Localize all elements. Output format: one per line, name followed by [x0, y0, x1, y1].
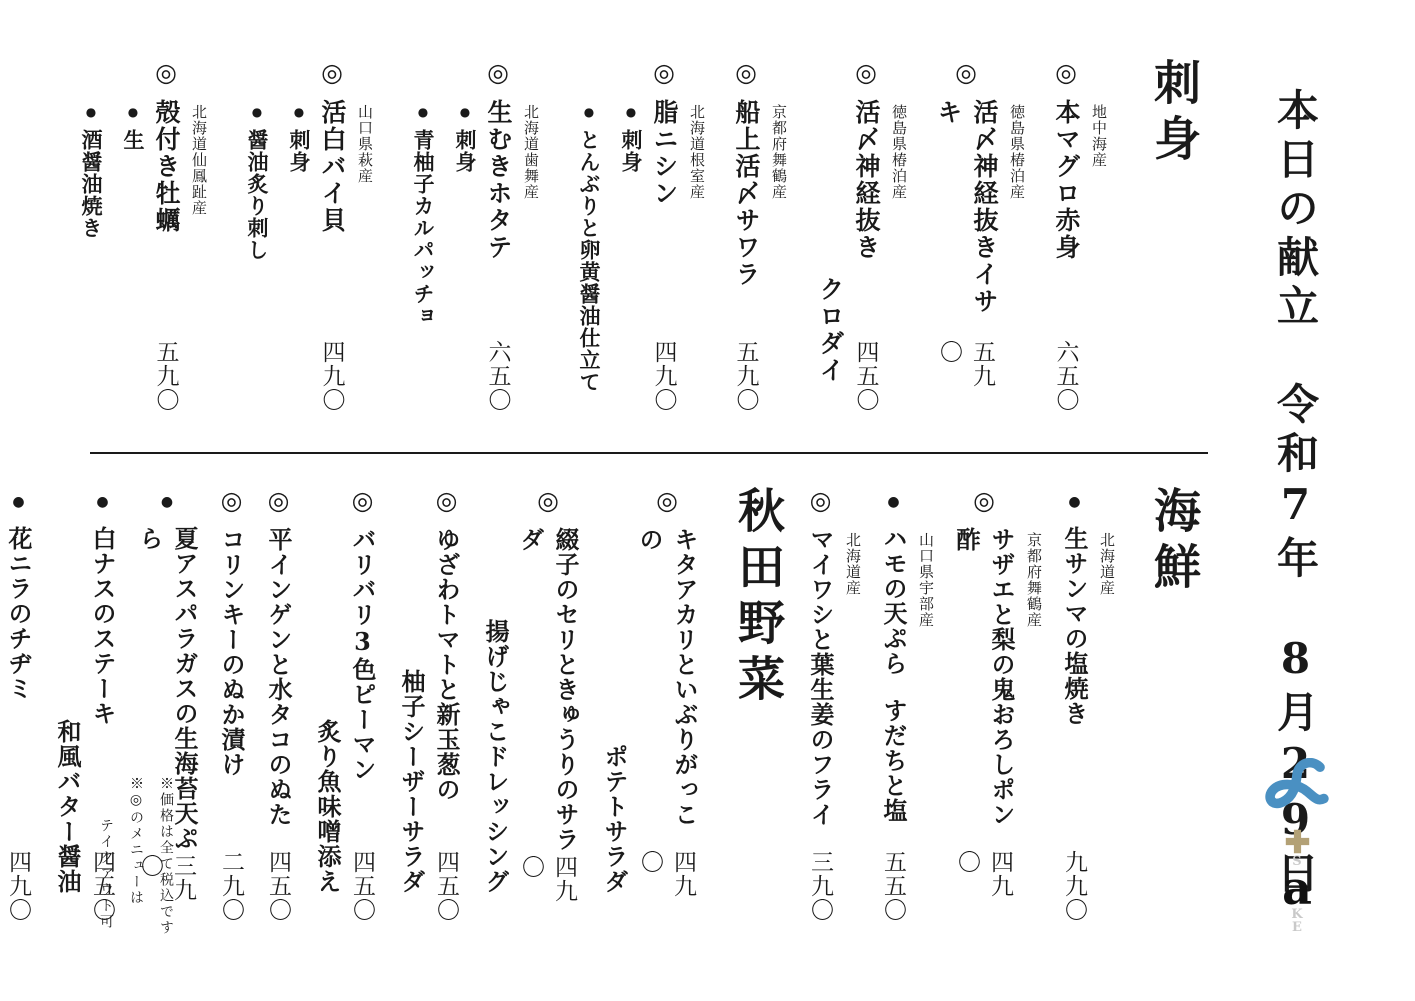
item-name: バリバリ3色ピーマン [345, 527, 380, 782]
menu-item: ◎ 平インゲンと水タコのぬた 四五〇 [261, 486, 296, 922]
item-option: ● 醤油炙り刺し [242, 58, 272, 412]
double-circle-bullet-icon: ◎ [734, 58, 759, 87]
double-circle-bullet-icon: ◎ [154, 58, 179, 87]
item-dish: ◎ 本マグロ赤身 六五〇 [1048, 58, 1084, 412]
item-origin: 地中海産 [1089, 58, 1110, 412]
double-circle-bullet-icon: ◎ [219, 486, 244, 515]
item-origin: 北海道産 [843, 486, 864, 922]
menu-item: 北海道仙鳳趾産 ◎ 殻付き牡蠣 五九〇 ● 生 ● 酒醤油焼き [64, 58, 210, 412]
item-price: 四九〇 [515, 855, 581, 922]
double-circle-bullet-icon: ◎ [808, 486, 833, 515]
section-header-akita-yasai: 秋田野菜 [724, 486, 791, 922]
item-price: 四九〇 [648, 340, 681, 412]
double-circle-bullet-icon: ◎ [486, 58, 511, 87]
note-tax-included: ※価格は全て税込です [156, 776, 176, 946]
item-origin: 徳島県椿泊産 [1007, 58, 1028, 412]
item-option: ● とんぶりと卵黄醤油仕立て [574, 58, 604, 412]
item-name: 本マグロ赤身 [1048, 99, 1084, 261]
menu-item: ◎ バリバリ3色ピーマン 四五〇 炙り魚味噌添え [308, 486, 380, 922]
item-name: キタアカリといぶりがっこの [632, 527, 702, 850]
item-dish: ◎ 活〆神経抜き 四五〇 [848, 58, 884, 412]
menu-item: ◎ コリンキーのぬか漬け 二九〇 [214, 486, 249, 922]
item-origin: 北海道根室産 [687, 58, 708, 412]
item-name: 白ナスのステーキ [85, 526, 120, 726]
dot-bullet-icon: ● [1068, 494, 1082, 510]
double-circle-bullet-icon: ◎ [854, 58, 879, 87]
dot-bullet-icon: ● [127, 105, 139, 119]
dot-bullet-icon: ● [85, 105, 97, 119]
double-circle-bullet-icon: ◎ [954, 58, 979, 87]
dot-bullet-icon: ● [417, 105, 429, 119]
item-name: 脂ニシン [646, 99, 682, 207]
sashimi-section: 刺身 地中海産 ◎ 本マグロ赤身 六五〇 徳島県椿泊産 ◎ 活〆神経抜きイサキ … [44, 58, 1207, 412]
menu-item: 山口県宇部産 ● ハモの天ぷら すだちと塩 五五〇 [876, 486, 937, 922]
item-origin: 山口県宇部産 [916, 486, 937, 922]
dot-bullet-icon: ● [251, 105, 263, 119]
option-label: 醤油炙り刺し [242, 129, 272, 261]
item-price: 九九〇 [1058, 850, 1091, 922]
item-dish: ◎ 殻付き牡蠣 五九〇 [148, 58, 184, 412]
menu-item: 京都府舞鶴産 ◎ サザエと梨の鬼おろしポン酢 四九〇 [949, 486, 1045, 922]
item-price: 四九〇 [316, 340, 349, 412]
item-price: 四九〇 [634, 850, 700, 922]
double-circle-bullet-icon: ◎ [350, 486, 375, 515]
item-origin: 京都府舞鶴産 [769, 58, 790, 412]
item-dish: ◎ 活〆神経抜きイサキ 五九〇 [930, 58, 1002, 412]
option-label: 酒醤油焼き [76, 129, 106, 239]
item-dish: ◎ マイワシと葉生姜のフライ 三九〇 [803, 486, 838, 922]
item-name: マイワシと葉生姜のフライ [803, 527, 838, 827]
item-dish: ◎ ゆざわトマトと新玉葱の 四五〇 [429, 486, 464, 922]
item-dish: ◎ コリンキーのぬか漬け 二九〇 [214, 486, 249, 922]
double-circle-bullet-icon: ◎ [434, 486, 459, 515]
option-label: 刺身 [284, 129, 314, 173]
menu-item: ◎ 綴子のセリときゅうりのサラダ 四九〇 揚げじゃこドレッシング [476, 486, 583, 922]
item-option: ● 刺身 [284, 58, 314, 412]
item-price: 四九〇 [2, 850, 35, 922]
item-dish: ◎ 活白バイ貝 四九〇 [314, 58, 350, 412]
item-price: 二九〇 [215, 850, 248, 922]
item-price: 五九〇 [730, 340, 763, 412]
item-origin: 京都府舞鶴産 [1024, 486, 1045, 922]
option-label: 刺身 [450, 129, 480, 173]
item-price: 三九〇 [804, 850, 837, 922]
item-name: ゆざわトマトと新玉葱の [429, 527, 464, 802]
item-dish: ● ハモの天ぷら すだちと塩 五五〇 [876, 486, 911, 922]
menu-item: 北海道産 ◎ マイワシと葉生姜のフライ 三九〇 [803, 486, 864, 922]
dot-bullet-icon: ● [293, 105, 305, 119]
item-origin: 山口県萩産 [355, 58, 376, 412]
double-circle-bullet-icon: ◎ [972, 486, 997, 515]
double-circle-bullet-icon: ◎ [655, 486, 680, 515]
item-option: ● 刺身 [616, 58, 646, 412]
item-name: 活〆神経抜きイサキ [930, 99, 1002, 340]
option-label: 生 [118, 129, 148, 151]
section-header-kaisen: 海鮮 [1140, 486, 1207, 922]
item-name: 活〆神経抜き [848, 99, 884, 261]
item-option: ● 刺身 [450, 58, 480, 412]
item-price: 四五〇 [850, 340, 883, 412]
logo-letter-a: a [1282, 869, 1312, 908]
dot-bullet-icon: ● [160, 494, 174, 510]
restaurant-logo: S a K E [1259, 758, 1335, 935]
menu-item: 山口県萩産 ◎ 活白バイ貝 四九〇 ● 刺身 ● 醤油炙り刺し [230, 58, 376, 412]
footnotes: ※価格は全て税込です ※◎のメニューは テイクアウト可 [86, 776, 176, 946]
dot-bullet-icon: ● [625, 105, 637, 119]
item-dish: ◎ 綴子のセリときゅうりのサラダ 四九〇 [513, 486, 583, 922]
menu-item: ● 花ニラのチヂミ 四九〇 [1, 486, 36, 922]
double-circle-bullet-icon: ◎ [320, 58, 345, 87]
item-price: 六五〇 [1050, 340, 1083, 412]
item-price: 四五〇 [430, 850, 463, 922]
seafood-vegetable-section: 海鮮 北海道産 ● 生サンマの塩焼き 九九〇 京都府舞鶴産 ◎ サザエと梨の鬼お… [0, 486, 1207, 922]
item-origin: 北海道歯舞産 [521, 58, 542, 412]
dot-bullet-icon: ● [12, 494, 26, 510]
item-price: 五九〇 [150, 340, 183, 412]
item-name-continued: 炙り魚味噌添え [310, 486, 345, 922]
item-name-continued: ポテトサラダ [597, 486, 632, 922]
item-name-continued: 和風バター醤油 [50, 486, 85, 922]
item-name: 殻付き牡蠣 [148, 99, 184, 234]
dot-bullet-icon: ● [583, 105, 595, 119]
item-subtitle: すだちと塩 [876, 698, 911, 823]
logo-letter-k: K [1291, 908, 1302, 922]
menu-item: 北海道歯舞産 ◎ 生むきホタテ 六五〇 ● 刺身 ● 青柚子カルパッチョ [396, 58, 542, 412]
item-dish: ◎ 平インゲンと水タコのぬた 四五〇 [261, 486, 296, 922]
item-name: 平インゲンと水タコのぬた [261, 527, 296, 827]
item-dish: ◎ 脂ニシン 四九〇 [646, 58, 682, 412]
item-origin: 北海道産 [1097, 486, 1118, 922]
item-origin: 徳島県椿泊産 [889, 58, 910, 412]
item-price: 六五〇 [482, 340, 515, 412]
item-dish: ◎ 船上活〆サワラ 五九〇 [728, 58, 764, 412]
item-name: コリンキーのぬか漬け [214, 527, 249, 777]
dot-bullet-icon: ● [887, 494, 901, 510]
item-name: 船上活〆サワラ [728, 99, 764, 288]
item-name: 生サンマの塩焼き [1057, 526, 1092, 726]
item-price: 五五〇 [877, 850, 910, 922]
item-price: 四五〇 [346, 850, 379, 922]
item-price: 五九〇 [933, 340, 999, 412]
section-divider-line [90, 452, 1208, 454]
menu-item: 北海道根室産 ◎ 脂ニシン 四九〇 ● 刺身 ● とんぶりと卵黄醤油仕立て [562, 58, 708, 412]
logo-letter-e: E [1292, 921, 1302, 935]
item-name-continued: 揚げじゃこドレッシング [478, 486, 513, 922]
dot-bullet-icon: ● [96, 494, 110, 510]
menu-item: ◎ ゆざわトマトと新玉葱の 四五〇 柚子シーザーサラダ [392, 486, 464, 922]
menu-page: 本日の献立 令和7年 8月29日 刺身 地中海産 ◎ 本マグロ赤身 六五〇 徳島… [0, 0, 1415, 1001]
menu-item: 京都府舞鶴産 ◎ 船上活〆サワラ 五九〇 [728, 58, 790, 412]
item-dish: ◎ キタアカリといぶりがっこの 四九〇 [632, 486, 702, 922]
note-takeout-line2: テイクアウト可 [96, 776, 116, 946]
item-dish: ◎ サザエと梨の鬼おろしポン酢 四九〇 [949, 486, 1019, 922]
dot-bullet-icon: ● [459, 105, 471, 119]
item-dish: ◎ 生むきホタテ 六五〇 [480, 58, 516, 412]
item-dish: ● 花ニラのチヂミ 四九〇 [1, 486, 36, 922]
menu-item: 徳島県椿泊産 ◎ 活〆神経抜きイサキ 五九〇 [930, 58, 1028, 412]
item-option: ● 酒醤油焼き [76, 58, 106, 412]
option-label: とんぶりと卵黄醤油仕立て [574, 129, 604, 393]
item-dish: ● 生サンマの塩焼き 九九〇 [1057, 486, 1092, 922]
item-origin: 北海道仙鳳趾産 [189, 58, 210, 412]
option-label: 刺身 [616, 129, 646, 173]
item-name-continued: クロダイ [812, 58, 848, 412]
item-price: 四九〇 [951, 850, 1017, 922]
note-takeout-line1: ※◎のメニューは [126, 776, 146, 946]
menu-item: ◎ キタアカリといぶりがっこの 四九〇 ポテトサラダ [595, 486, 702, 922]
item-name-continued: 柚子シーザーサラダ [394, 486, 429, 922]
item-option: ● 青柚子カルパッチョ [408, 58, 438, 412]
double-circle-bullet-icon: ◎ [266, 486, 291, 515]
item-option: ● 生 [118, 58, 148, 412]
double-circle-bullet-icon: ◎ [536, 486, 561, 515]
logo-blue-glyph [1265, 758, 1329, 820]
item-name: 綴子のセリときゅうりのサラダ [513, 527, 583, 855]
item-name: ハモの天ぷら [876, 526, 911, 676]
item-name: 生むきホタテ [480, 99, 516, 261]
double-circle-bullet-icon: ◎ [1054, 58, 1079, 87]
item-dish: ◎ バリバリ3色ピーマン 四五〇 [345, 486, 380, 922]
menu-item: 地中海産 ◎ 本マグロ赤身 六五〇 [1048, 58, 1110, 412]
item-name: 活白バイ貝 [314, 99, 350, 234]
double-circle-bullet-icon: ◎ [652, 58, 677, 87]
item-name: サザエと梨の鬼おろしポン酢 [949, 527, 1019, 850]
option-label: 青柚子カルパッチョ [408, 129, 438, 327]
menu-item: 徳島県椿泊産 ◎ 活〆神経抜き 四五〇 クロダイ [810, 58, 910, 412]
item-name: 花ニラのチヂミ [1, 526, 36, 701]
plus-icon [1284, 828, 1311, 855]
menu-item: 北海道産 ● 生サンマの塩焼き 九九〇 [1057, 486, 1118, 922]
section-header-sashimi: 刺身 [1140, 58, 1207, 412]
item-price: 四五〇 [262, 850, 295, 922]
